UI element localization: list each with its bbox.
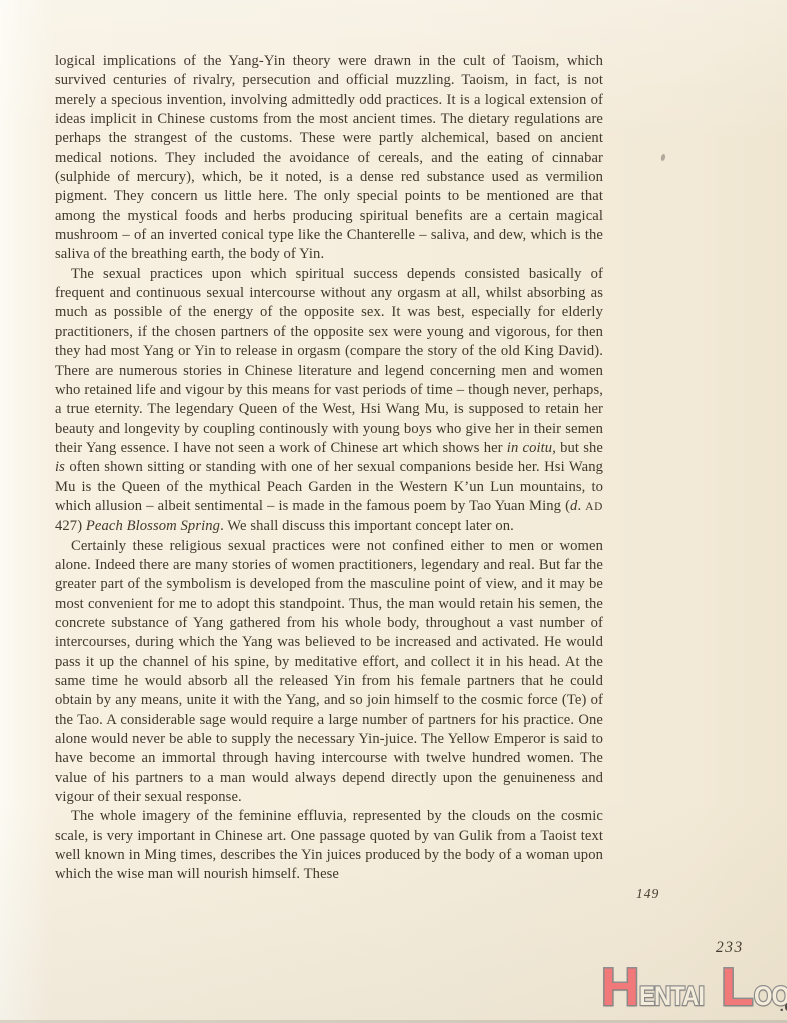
watermark-letter-l: L	[721, 961, 753, 1014]
italic-run: is	[55, 459, 65, 475]
watermark: H ENTAI L OOP .com	[601, 961, 787, 1013]
paragraph: The whole imagery of the feminine effluv…	[55, 807, 603, 884]
watermark-tld: .com	[780, 998, 787, 1015]
paragraph: Certainly these religious sexual practic…	[55, 537, 603, 808]
paragraph: The sexual practices upon which spiritua…	[55, 265, 603, 537]
ink-speck	[660, 154, 666, 162]
text-run: 427)	[55, 518, 86, 534]
smallcaps-run: AD	[585, 501, 603, 513]
text-run: . We shall discuss this important concep…	[220, 518, 514, 534]
text-run: , but she	[552, 440, 603, 456]
text-run: often shown sitting or standing with one…	[55, 459, 603, 514]
watermark-letter-h: H	[601, 961, 639, 1014]
text-run: logical implications of the Yang-Yin the…	[55, 53, 603, 262]
page-text: logical implications of the Yang-Yin the…	[55, 52, 603, 885]
paragraph: logical implications of the Yang-Yin the…	[55, 52, 603, 265]
italic-run: Peach Blossom Spring	[86, 518, 220, 534]
italic-run: in coitu	[507, 440, 552, 456]
page-number: 233	[716, 939, 744, 957]
book-page: logical implications of the Yang-Yin the…	[0, 0, 787, 1023]
margin-note: 149	[636, 886, 659, 902]
text-run: The whole imagery of the feminine effluv…	[55, 808, 603, 882]
text-run: The sexual practices upon which spiritua…	[55, 266, 603, 456]
watermark-word-entai: ENTAI	[639, 983, 704, 1010]
text-run: Certainly these religious sexual practic…	[55, 538, 603, 805]
